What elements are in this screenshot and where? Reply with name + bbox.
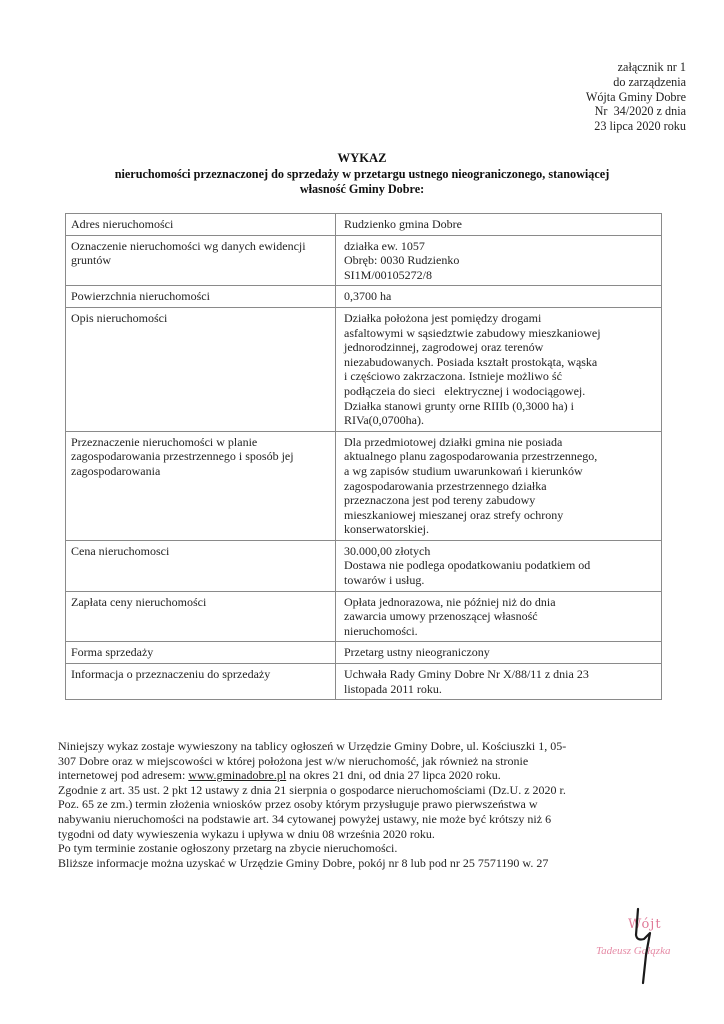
label-line: Forma sprzedaży xyxy=(71,645,329,660)
value-line: asfaltowymi w sąsiedztwie zabudowy miesz… xyxy=(344,326,655,341)
footer-line: 307 Dobre oraz w miejscowości w której p… xyxy=(58,754,658,769)
footer-line: Poz. 65 ze zm.) termin złożenia wniosków… xyxy=(58,797,658,812)
footer-text: internetowej pod adresem: xyxy=(58,768,188,782)
footer-line: tygodni od daty wywieszenia wykazu i upł… xyxy=(58,827,658,842)
value-line: działka ew. 1057 xyxy=(344,239,655,254)
footer-line: Bliższe informacje można uzyskać w Urzęd… xyxy=(58,856,658,871)
value-line: 0,3700 ha xyxy=(344,289,655,304)
value-line: zawarcia umowy przenoszącej własność xyxy=(344,609,655,624)
value-line: nieruchomości. xyxy=(344,624,655,639)
row-value: Dla przedmiotowej działki gmina nie posi… xyxy=(336,431,662,540)
value-line: Obręb: 0030 Rudzienko xyxy=(344,253,655,268)
row-value: działka ew. 1057Obręb: 0030 RudzienkoSI1… xyxy=(336,235,662,286)
label-line: Opis nieruchomości xyxy=(71,311,329,326)
value-line: przeznaczona jest pod tereny zabudowy xyxy=(344,493,655,508)
value-line: Rudzienko gmina Dobre xyxy=(344,217,655,232)
row-label: Oznaczenie nieruchomości wg danych ewide… xyxy=(66,235,336,286)
annex-line: Nr 34/2020 z dnia xyxy=(586,104,686,119)
row-value: Opłata jednorazowa, nie później niż do d… xyxy=(336,591,662,642)
table-row: Oznaczenie nieruchomości wg danych ewide… xyxy=(66,235,662,286)
signature-stamp: Wójt Tadeusz Gałązka xyxy=(590,905,690,1005)
label-line: Informacja o przeznaczeniu do sprzedaży xyxy=(71,667,329,682)
value-line: towarów i usług. xyxy=(344,573,655,588)
table-row: Powierzchnia nieruchomości0,3700 ha xyxy=(66,286,662,308)
value-line: Przetarg ustny nieograniczony xyxy=(344,645,655,660)
label-line: Zapłata ceny nieruchomości xyxy=(71,595,329,610)
row-label: Przeznaczenie nieruchomości w planiezago… xyxy=(66,431,336,540)
label-line: Powierzchnia nieruchomości xyxy=(71,289,329,304)
row-label: Powierzchnia nieruchomości xyxy=(66,286,336,308)
value-line: Dostawa nie podlega opodatkowaniu podatk… xyxy=(344,558,655,573)
row-label: Forma sprzedaży xyxy=(66,642,336,664)
annex-line: Wójta Gminy Dobre xyxy=(586,90,686,105)
title-subtitle-line1: nieruchomości przeznaczonej do sprzedaży… xyxy=(62,167,662,182)
handwritten-signature-icon xyxy=(630,905,660,985)
row-value: Uchwała Rady Gminy Dobre Nr X/88/11 z dn… xyxy=(336,664,662,700)
table-row: Cena nieruchomosci30.000,00 złotychDosta… xyxy=(66,540,662,591)
property-table: Adres nieruchomościRudzienko gmina Dobre… xyxy=(65,213,662,700)
label-line: gruntów xyxy=(71,253,329,268)
row-value: 0,3700 ha xyxy=(336,286,662,308)
value-line: jednorodzinnej, zagrodowej oraz terenów xyxy=(344,340,655,355)
title-main: WYKAZ xyxy=(62,151,662,166)
value-line: Opłata jednorazowa, nie później niż do d… xyxy=(344,595,655,610)
row-value: Przetarg ustny nieograniczony xyxy=(336,642,662,664)
label-line: zagospodarowania przestrzennego i sposób… xyxy=(71,449,329,464)
value-line: 30.000,00 złotych xyxy=(344,544,655,559)
footer-line: Niniejszy wykaz zostaje wywieszony na ta… xyxy=(58,739,658,754)
row-label: Cena nieruchomosci xyxy=(66,540,336,591)
footer-line: internetowej pod adresem: www.gminadobre… xyxy=(58,768,658,783)
value-line: listopada 2011 roku. xyxy=(344,682,655,697)
table-row: Forma sprzedażyPrzetarg ustny nieogranic… xyxy=(66,642,662,664)
row-label: Adres nieruchomości xyxy=(66,214,336,236)
value-line: podłączeia do sieci elektrycznej i wodoc… xyxy=(344,384,655,399)
row-value: Rudzienko gmina Dobre xyxy=(336,214,662,236)
website-link[interactable]: www.gminadobre.pl xyxy=(188,768,286,782)
value-line: Działka położona jest pomiędzy drogami xyxy=(344,311,655,326)
value-line: niezabudowanych. Posiada kształt prostok… xyxy=(344,355,655,370)
document-title: WYKAZ nieruchomości przeznaczonej do spr… xyxy=(62,151,662,197)
row-value: 30.000,00 złotychDostawa nie podlega opo… xyxy=(336,540,662,591)
row-label: Informacja o przeznaczeniu do sprzedaży xyxy=(66,664,336,700)
footer-line: Zgodnie z art. 35 ust. 2 pkt 12 ustawy z… xyxy=(58,783,658,798)
value-line: mieszkaniowej mieszanej oraz strefy ochr… xyxy=(344,508,655,523)
value-line: zagospodarowania przestrzennego działka xyxy=(344,479,655,494)
row-label: Opis nieruchomości xyxy=(66,307,336,431)
annex-line: do zarządzenia xyxy=(586,75,686,90)
footer-notice: Niniejszy wykaz zostaje wywieszony na ta… xyxy=(58,739,658,870)
table-row: Adres nieruchomościRudzienko gmina Dobre xyxy=(66,214,662,236)
table-row: Zapłata ceny nieruchomościOpłata jednora… xyxy=(66,591,662,642)
table-row: Przeznaczenie nieruchomości w planiezago… xyxy=(66,431,662,540)
label-line: Cena nieruchomosci xyxy=(71,544,329,559)
label-line: Przeznaczenie nieruchomości w planie xyxy=(71,435,329,450)
table-row: Opis nieruchomościDziałka położona jest … xyxy=(66,307,662,431)
row-label: Zapłata ceny nieruchomości xyxy=(66,591,336,642)
annex-line: załącznik nr 1 xyxy=(586,60,686,75)
row-value: Działka położona jest pomiędzy drogamias… xyxy=(336,307,662,431)
value-line: aktualnego planu zagospodarowania przest… xyxy=(344,449,655,464)
table-row: Informacja o przeznaczeniu do sprzedażyU… xyxy=(66,664,662,700)
value-line: a wg zapisów studium uwarunkowań i kieru… xyxy=(344,464,655,479)
label-line: Oznaczenie nieruchomości wg danych ewide… xyxy=(71,239,329,254)
value-line: RIVa(0,0700ha). xyxy=(344,413,655,428)
footer-line: Po tym terminie zostanie ogłoszony przet… xyxy=(58,841,658,856)
value-line: i częściowo zakrzaczona. Istnieje możliw… xyxy=(344,369,655,384)
label-line: Adres nieruchomości xyxy=(71,217,329,232)
value-line: Działka stanowi grunty orne RIIIb (0,300… xyxy=(344,399,655,414)
value-line: Uchwała Rady Gminy Dobre Nr X/88/11 z dn… xyxy=(344,667,655,682)
annex-line: 23 lipca 2020 roku xyxy=(586,119,686,134)
label-line: zagospodarowania xyxy=(71,464,329,479)
value-line: Dla przedmiotowej działki gmina nie posi… xyxy=(344,435,655,450)
value-line: konserwatorskiej. xyxy=(344,522,655,537)
footer-line: nabywaniu nieruchomości na podstawie art… xyxy=(58,812,658,827)
footer-text: na okres 21 dni, od dnia 27 lipca 2020 r… xyxy=(286,768,501,782)
title-subtitle-line2: własność Gminy Dobre: xyxy=(62,182,662,197)
value-line: SI1M/00105272/8 xyxy=(344,268,655,283)
annex-reference: załącznik nr 1 do zarządzenia Wójta Gmin… xyxy=(586,60,686,134)
